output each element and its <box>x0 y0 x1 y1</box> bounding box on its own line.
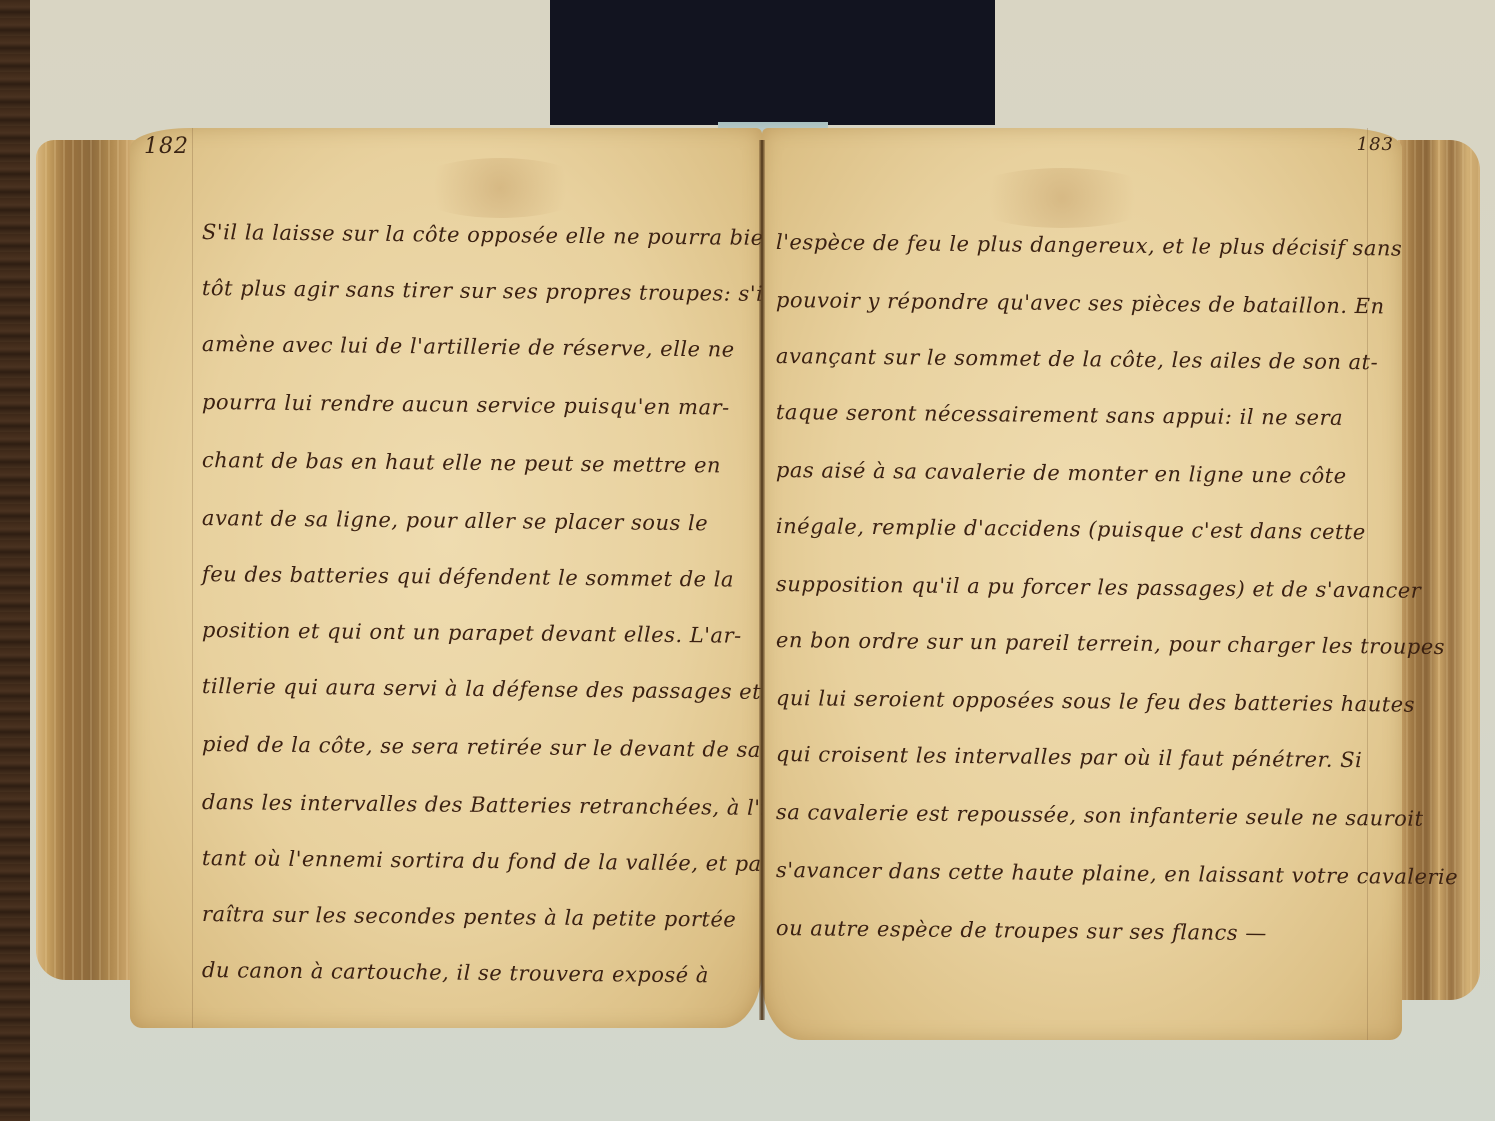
handwritten-line: taque seront nécessairement sans appui: … <box>776 400 1343 430</box>
handwritten-line: ou autre espèce de troupes sur ses flanc… <box>776 916 1267 945</box>
paper-stain <box>410 158 590 218</box>
right-page: 183 l'espèce de feu le plus dangereux, e… <box>762 128 1402 1040</box>
handwritten-line: en bon ordre sur un pareil terrein, pour… <box>776 628 1445 659</box>
handwritten-line: pourra lui rendre aucun service puisqu'e… <box>202 390 730 420</box>
left-page-stack <box>36 140 136 980</box>
handwritten-line: position et qui ont un parapet devant el… <box>202 618 742 648</box>
handwritten-line: dans les intervalles des Batteries retra… <box>202 790 801 820</box>
paper-stain <box>962 168 1162 228</box>
handwritten-line: chant de bas en haut elle ne peut se met… <box>202 448 721 477</box>
handwritten-line: avançant sur le sommet de la côte, les a… <box>776 344 1378 374</box>
left-page: 182 S'il la laisse sur la côte opposée e… <box>130 128 762 1028</box>
handwritten-line: S'il la laisse sur la côte opposée elle … <box>202 220 786 250</box>
handwritten-line: tant où l'ennemi sortira du fond de la v… <box>202 846 770 876</box>
handwritten-line: pouvoir y répondre qu'avec ses pièces de… <box>776 288 1385 318</box>
handwritten-line: pied de la côte, se sera retirée sur le … <box>202 732 824 763</box>
handwritten-line: l'espèce de feu le plus dangereux, et le… <box>776 230 1402 261</box>
handwritten-line: raîtra sur les secondes pentes à la peti… <box>202 902 737 932</box>
page-number: 183 <box>1357 134 1394 155</box>
handwritten-line: tôt plus agir sans tirer sur ses propres… <box>202 276 771 306</box>
book-gutter <box>759 140 765 1020</box>
handwritten-line: qui croisent les intervalles par où il f… <box>776 742 1363 772</box>
handwritten-line: s'avancer dans cette haute plaine, en la… <box>776 858 1458 889</box>
page-number: 182 <box>144 134 189 159</box>
wooden-table-edge <box>0 0 30 1121</box>
handwritten-line: supposition qu'il a pu forcer les passag… <box>776 572 1422 603</box>
handwritten-line: feu des batteries qui défendent le somme… <box>202 562 734 592</box>
dark-backing-card <box>550 0 995 125</box>
handwritten-line: amène avec lui de l'artillerie de réserv… <box>202 332 735 362</box>
handwritten-line: pas aisé à sa cavalerie de monter en lig… <box>776 458 1347 488</box>
handwritten-line: du canon à cartouche, il se trouvera exp… <box>202 958 709 987</box>
handwritten-line: tillerie qui aura servi à la défense des… <box>202 674 797 704</box>
handwritten-line: avant de sa ligne, pour aller se placer … <box>202 506 708 535</box>
margin-rule <box>192 128 193 1028</box>
handwritten-line: sa cavalerie est repoussée, son infanter… <box>776 800 1424 831</box>
handwritten-line: qui lui seroient opposées sous le feu de… <box>776 686 1415 717</box>
handwritten-line: inégale, remplie d'accidens (puisque c'e… <box>776 514 1366 544</box>
